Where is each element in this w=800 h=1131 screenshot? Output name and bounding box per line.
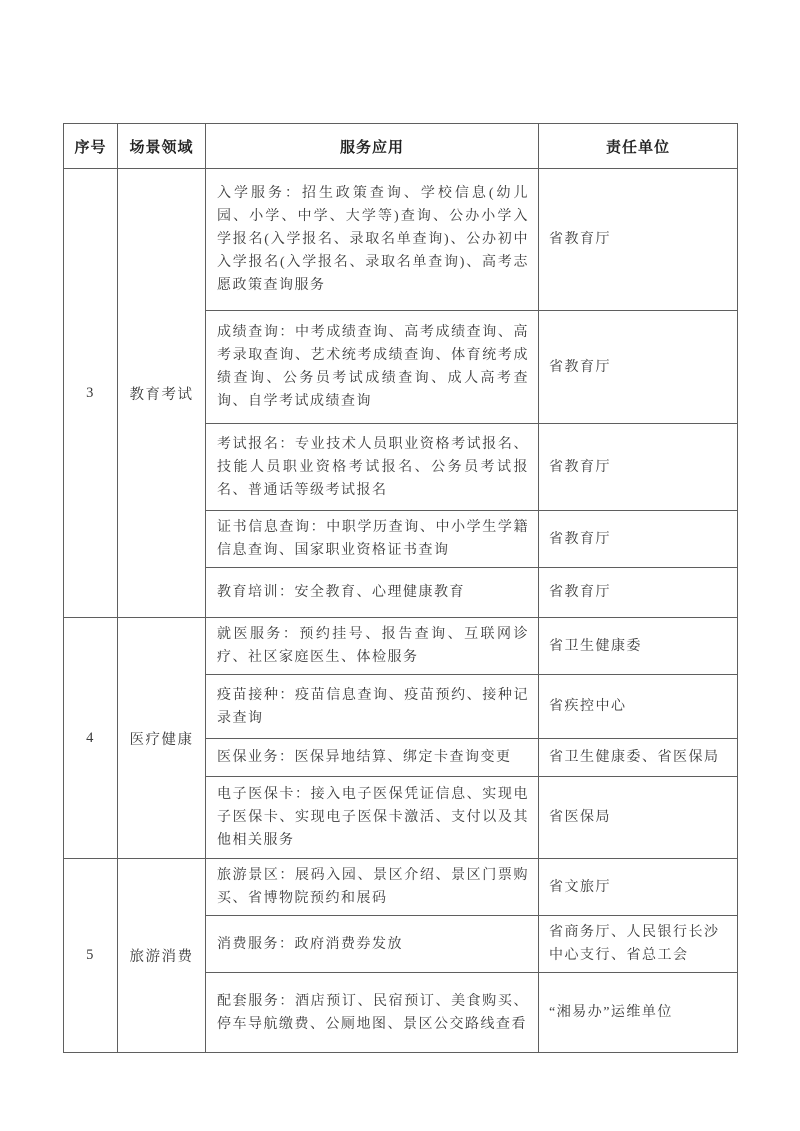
service-cell: 疫苗接种：疫苗信息查询、疫苗预约、接种记录查询 (206, 675, 539, 739)
service-cell: 教育培训：安全教育、心理健康教育 (206, 568, 539, 618)
category-cell: 旅游消费 (118, 859, 206, 1053)
table-row: 3 教育考试 入学服务：招生政策查询、学校信息(幼儿园、小学、中学、大学等)查询… (64, 169, 738, 311)
unit-cell: 省教育厅 (539, 424, 738, 511)
service-cell: 消费服务：政府消费券发放 (206, 916, 539, 973)
category-cell: 医疗健康 (118, 618, 206, 859)
unit-cell: 省疾控中心 (539, 675, 738, 739)
row-number-cell: 4 (64, 618, 118, 859)
unit-cell: “湘易办”运维单位 (539, 973, 738, 1053)
category-cell: 教育考试 (118, 169, 206, 618)
service-cell: 成绩查询：中考成绩查询、高考成绩查询、高考录取查询、艺术统考成绩查询、体育统考成… (206, 311, 539, 424)
header-responsible-unit: 责任单位 (539, 124, 738, 169)
header-serial-number: 序号 (64, 124, 118, 169)
service-application-table: 序号 场景领域 服务应用 责任单位 3 教育考试 入学服务：招生政策查询、学校信… (63, 123, 738, 1053)
unit-cell: 省教育厅 (539, 311, 738, 424)
row-number-cell: 3 (64, 169, 118, 618)
header-service-application: 服务应用 (206, 124, 539, 169)
service-cell: 配套服务：酒店预订、民宿预订、美食购买、停车导航缴费、公厕地图、景区公交路线查看 (206, 973, 539, 1053)
service-cell: 考试报名：专业技术人员职业资格考试报名、技能人员职业资格考试报名、公务员考试报名… (206, 424, 539, 511)
table-row: 4 医疗健康 就医服务：预约挂号、报告查询、互联网诊疗、社区家庭医生、体检服务 … (64, 618, 738, 675)
header-scenario-field: 场景领域 (118, 124, 206, 169)
service-cell: 入学服务：招生政策查询、学校信息(幼儿园、小学、中学、大学等)查询、公办小学入学… (206, 169, 539, 311)
table-header-row: 序号 场景领域 服务应用 责任单位 (64, 124, 738, 169)
service-cell: 医保业务：医保异地结算、绑定卡查询变更 (206, 739, 539, 777)
service-cell: 就医服务：预约挂号、报告查询、互联网诊疗、社区家庭医生、体检服务 (206, 618, 539, 675)
document-page: 序号 场景领域 服务应用 责任单位 3 教育考试 入学服务：招生政策查询、学校信… (0, 0, 800, 1131)
unit-cell: 省商务厅、人民银行长沙中心支行、省总工会 (539, 916, 738, 973)
service-cell: 电子医保卡：接入电子医保凭证信息、实现电子医保卡、实现电子医保卡激活、支付以及其… (206, 777, 539, 859)
unit-cell: 省教育厅 (539, 169, 738, 311)
row-number-cell: 5 (64, 859, 118, 1053)
unit-cell: 省教育厅 (539, 568, 738, 618)
service-cell: 旅游景区：展码入园、景区介绍、景区门票购买、省博物院预约和展码 (206, 859, 539, 916)
unit-cell: 省卫生健康委、省医保局 (539, 739, 738, 777)
unit-cell: 省教育厅 (539, 511, 738, 568)
unit-cell: 省文旅厅 (539, 859, 738, 916)
unit-cell: 省卫生健康委 (539, 618, 738, 675)
service-cell: 证书信息查询：中职学历查询、中小学生学籍信息查询、国家职业资格证书查询 (206, 511, 539, 568)
unit-cell: 省医保局 (539, 777, 738, 859)
table-row: 5 旅游消费 旅游景区：展码入园、景区介绍、景区门票购买、省博物院预约和展码 省… (64, 859, 738, 916)
